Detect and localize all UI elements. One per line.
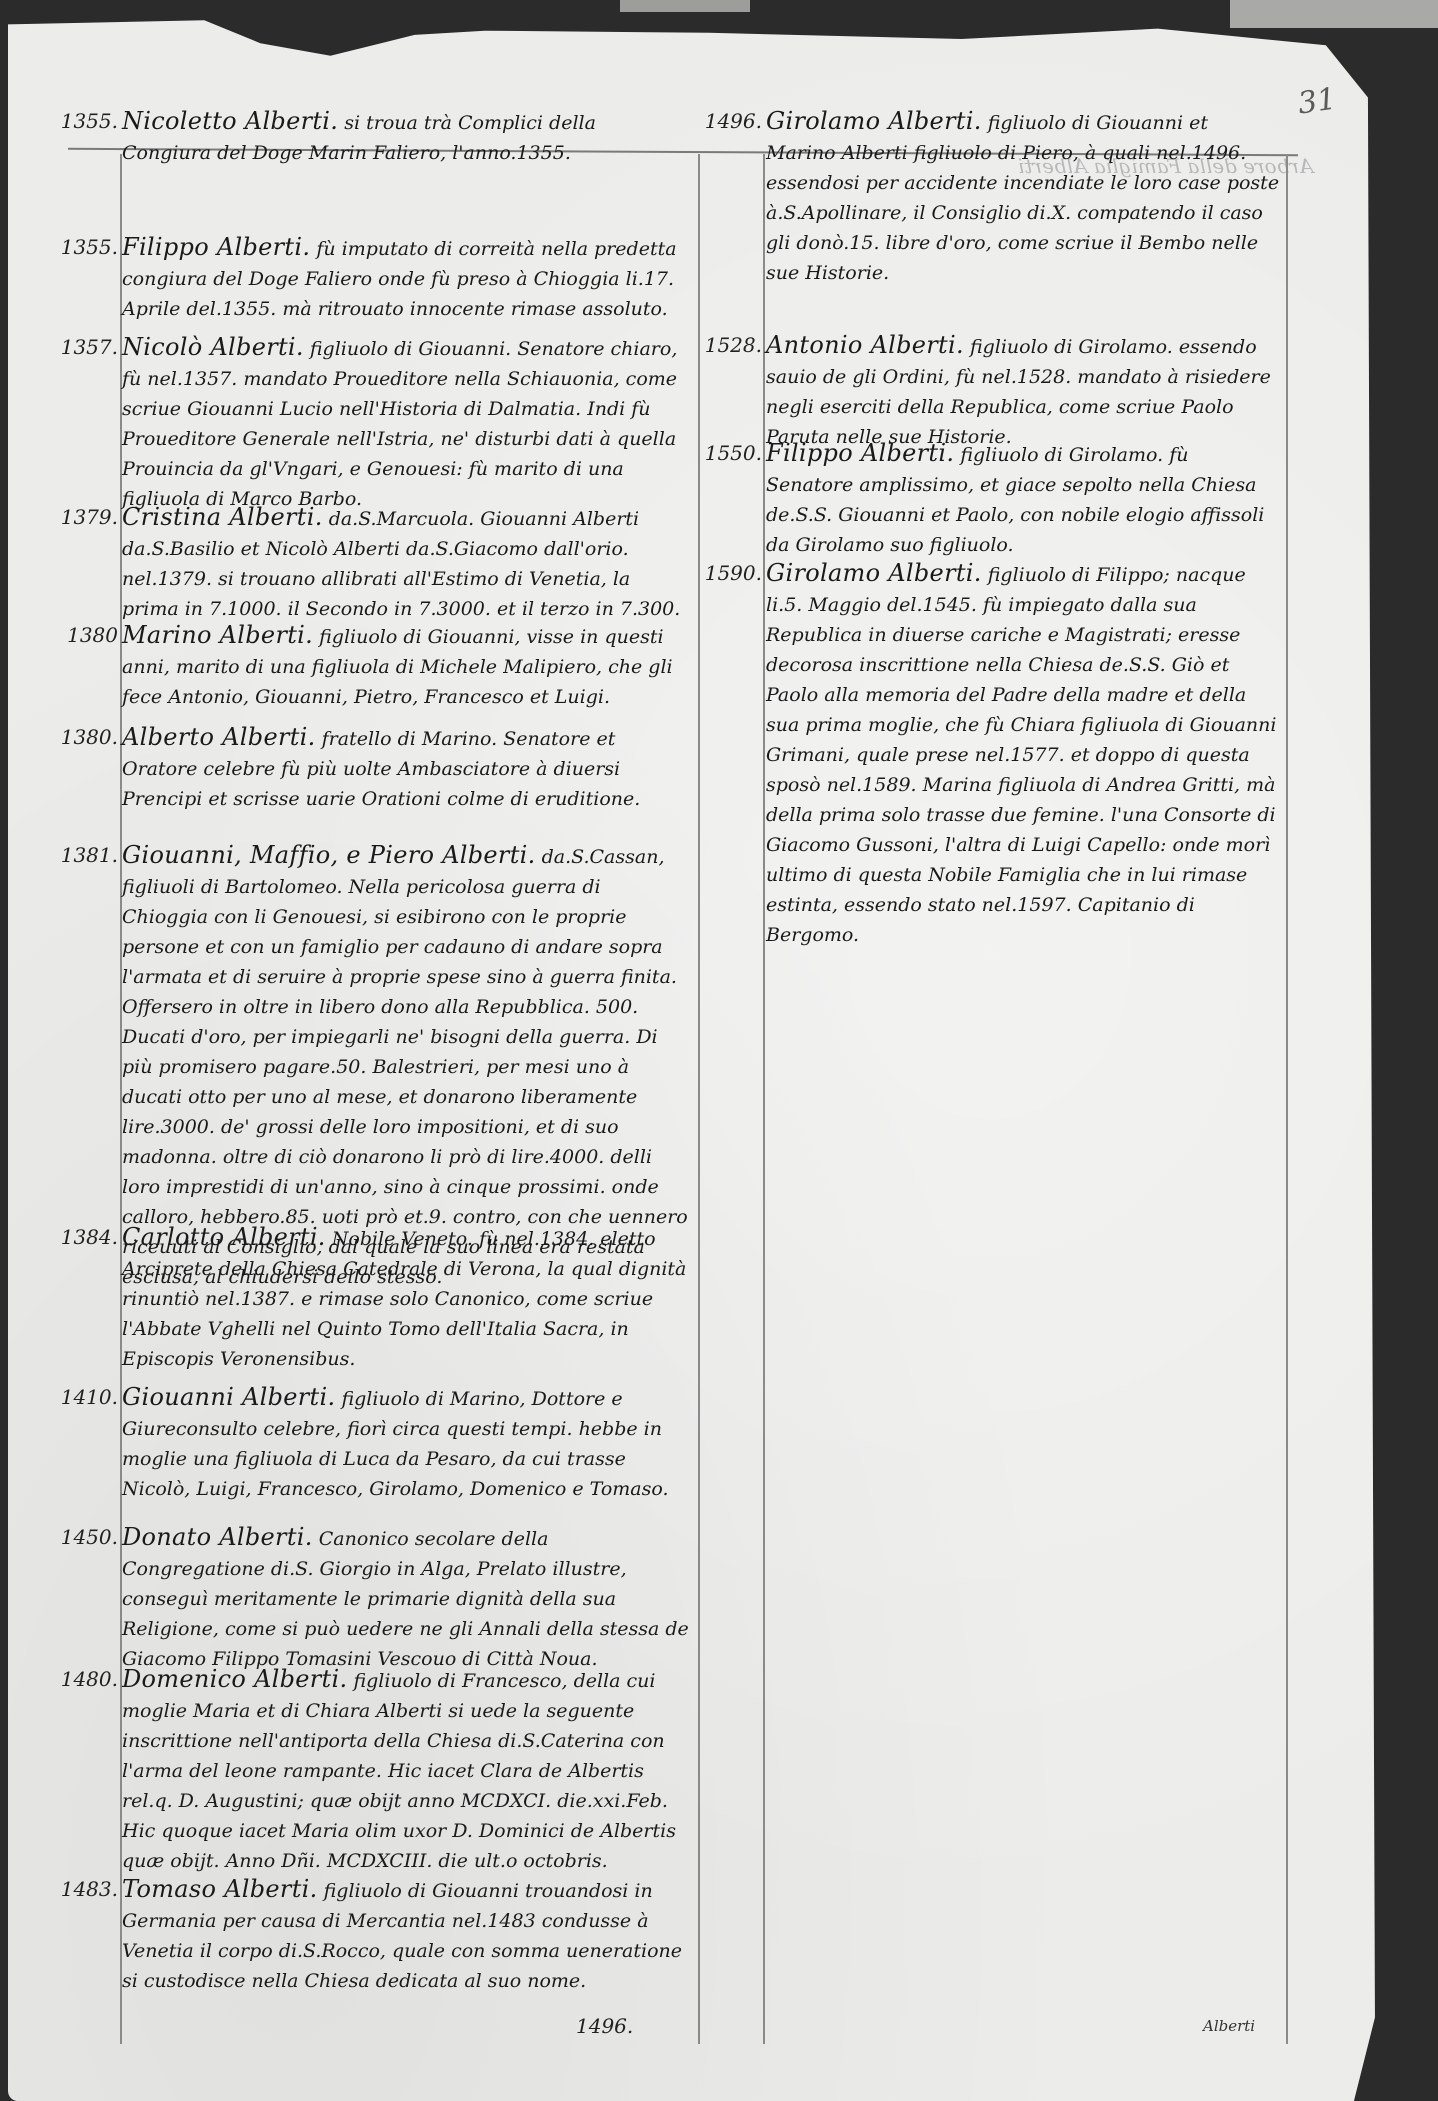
entry: 1384. Carlotto Alberti. Nobile Veneto. f…	[122, 1222, 690, 1374]
entry: 1480. Domenico Alberti. figliuolo di Fra…	[122, 1664, 690, 1876]
entry-name: Tomaso Alberti.	[122, 1875, 318, 1903]
entry-name: Carlotto Alberti.	[122, 1223, 326, 1251]
entry-year: 1381.	[30, 840, 118, 870]
entry: 1355. Nicoletto Alberti. si troua trà Co…	[122, 106, 690, 168]
catchword: 1496.	[576, 2014, 633, 2038]
entry-name: Giouanni, Maffio, e Piero Alberti.	[122, 841, 536, 869]
entry-year: 1357.	[30, 332, 118, 362]
right-column-right-line	[1286, 154, 1288, 2044]
entry-year: 1355.	[30, 106, 118, 136]
entry-name: Cristina Alberti.	[122, 503, 323, 531]
manuscript-page: 31 Arbore della Famiglia Alberti 1355. N…	[8, 14, 1410, 2101]
entry-name: Filippo Alberti.	[122, 233, 310, 261]
entry-text: figliuolo di Giouanni et Marino Alberti …	[766, 112, 1279, 284]
entry-name: Giouanni Alberti.	[122, 1383, 335, 1411]
entry-year: 1355.	[30, 232, 118, 262]
entry-name: Nicoletto Alberti.	[122, 107, 338, 135]
folio-number: 31	[1296, 82, 1339, 122]
entry: 1450. Donato Alberti. Canonico secolare …	[122, 1522, 690, 1674]
right-margin-line	[763, 154, 765, 2044]
entry-year: 1379.	[30, 502, 118, 532]
entry-name: Alberto Alberti.	[122, 723, 316, 751]
scan-background-strip	[1230, 0, 1438, 28]
entry-text: figliuolo di Filippo; nacque li.5. Maggi…	[766, 564, 1276, 946]
entry-text: figliuolo di Francesco, della cui moglie…	[122, 1670, 676, 1872]
scan-background-strip	[620, 0, 750, 12]
entry-name: Donato Alberti.	[122, 1523, 313, 1551]
entry: 1528. Antonio Alberti. figliuolo di Giro…	[766, 330, 1281, 452]
entry: 1380. Alberto Alberti. fratello di Marin…	[122, 722, 690, 814]
entry-year: 1480.	[30, 1664, 118, 1694]
entry-year: 1550.	[674, 438, 762, 468]
entry-name: Girolamo Alberti.	[766, 107, 982, 135]
entry-year: 1496.	[674, 106, 762, 136]
entry-name: Filippo Alberti.	[766, 439, 954, 467]
entry-year: 1384.	[30, 1222, 118, 1252]
entry-name: Domenico Alberti.	[122, 1665, 347, 1693]
entry: 1380 Marino Alberti. figliuolo di Giouan…	[122, 620, 690, 712]
entry-year: 1450.	[30, 1522, 118, 1552]
entry-name: Marino Alberti.	[122, 621, 313, 649]
entry: 1355. Filippo Alberti. fù imputato di co…	[122, 232, 690, 324]
entry-name: Antonio Alberti.	[766, 331, 964, 359]
entry: 1496. Girolamo Alberti. figliuolo di Gio…	[766, 106, 1281, 288]
entry: 1379. Cristina Alberti. da.S.Marcuola. G…	[122, 502, 690, 624]
entry: 1483. Tomaso Alberti. figliuolo di Gioua…	[122, 1874, 690, 1996]
entry-year: 1483.	[30, 1874, 118, 1904]
entry-name: Nicolò Alberti.	[122, 333, 304, 361]
entry-year: 1380.	[30, 722, 118, 752]
entry-name: Girolamo Alberti.	[766, 559, 982, 587]
entry-year: 1528.	[674, 330, 762, 360]
entry-year: 1380	[30, 620, 118, 650]
entry-text: figliuolo di Giouanni. Senatore chiaro, …	[122, 338, 677, 510]
entry: 1550. Filippo Alberti. figliuolo di Giro…	[766, 438, 1281, 560]
entry-year: 1590.	[674, 558, 762, 588]
entry: 1590. Girolamo Alberti. figliuolo di Fil…	[766, 558, 1281, 950]
entry: 1357. Nicolò Alberti. figliuolo di Gioua…	[122, 332, 690, 514]
entry: 1410. Giouanni Alberti. figliuolo di Mar…	[122, 1382, 690, 1504]
corner-note: Alberti	[1203, 2017, 1255, 2035]
entry-year: 1410.	[30, 1382, 118, 1412]
